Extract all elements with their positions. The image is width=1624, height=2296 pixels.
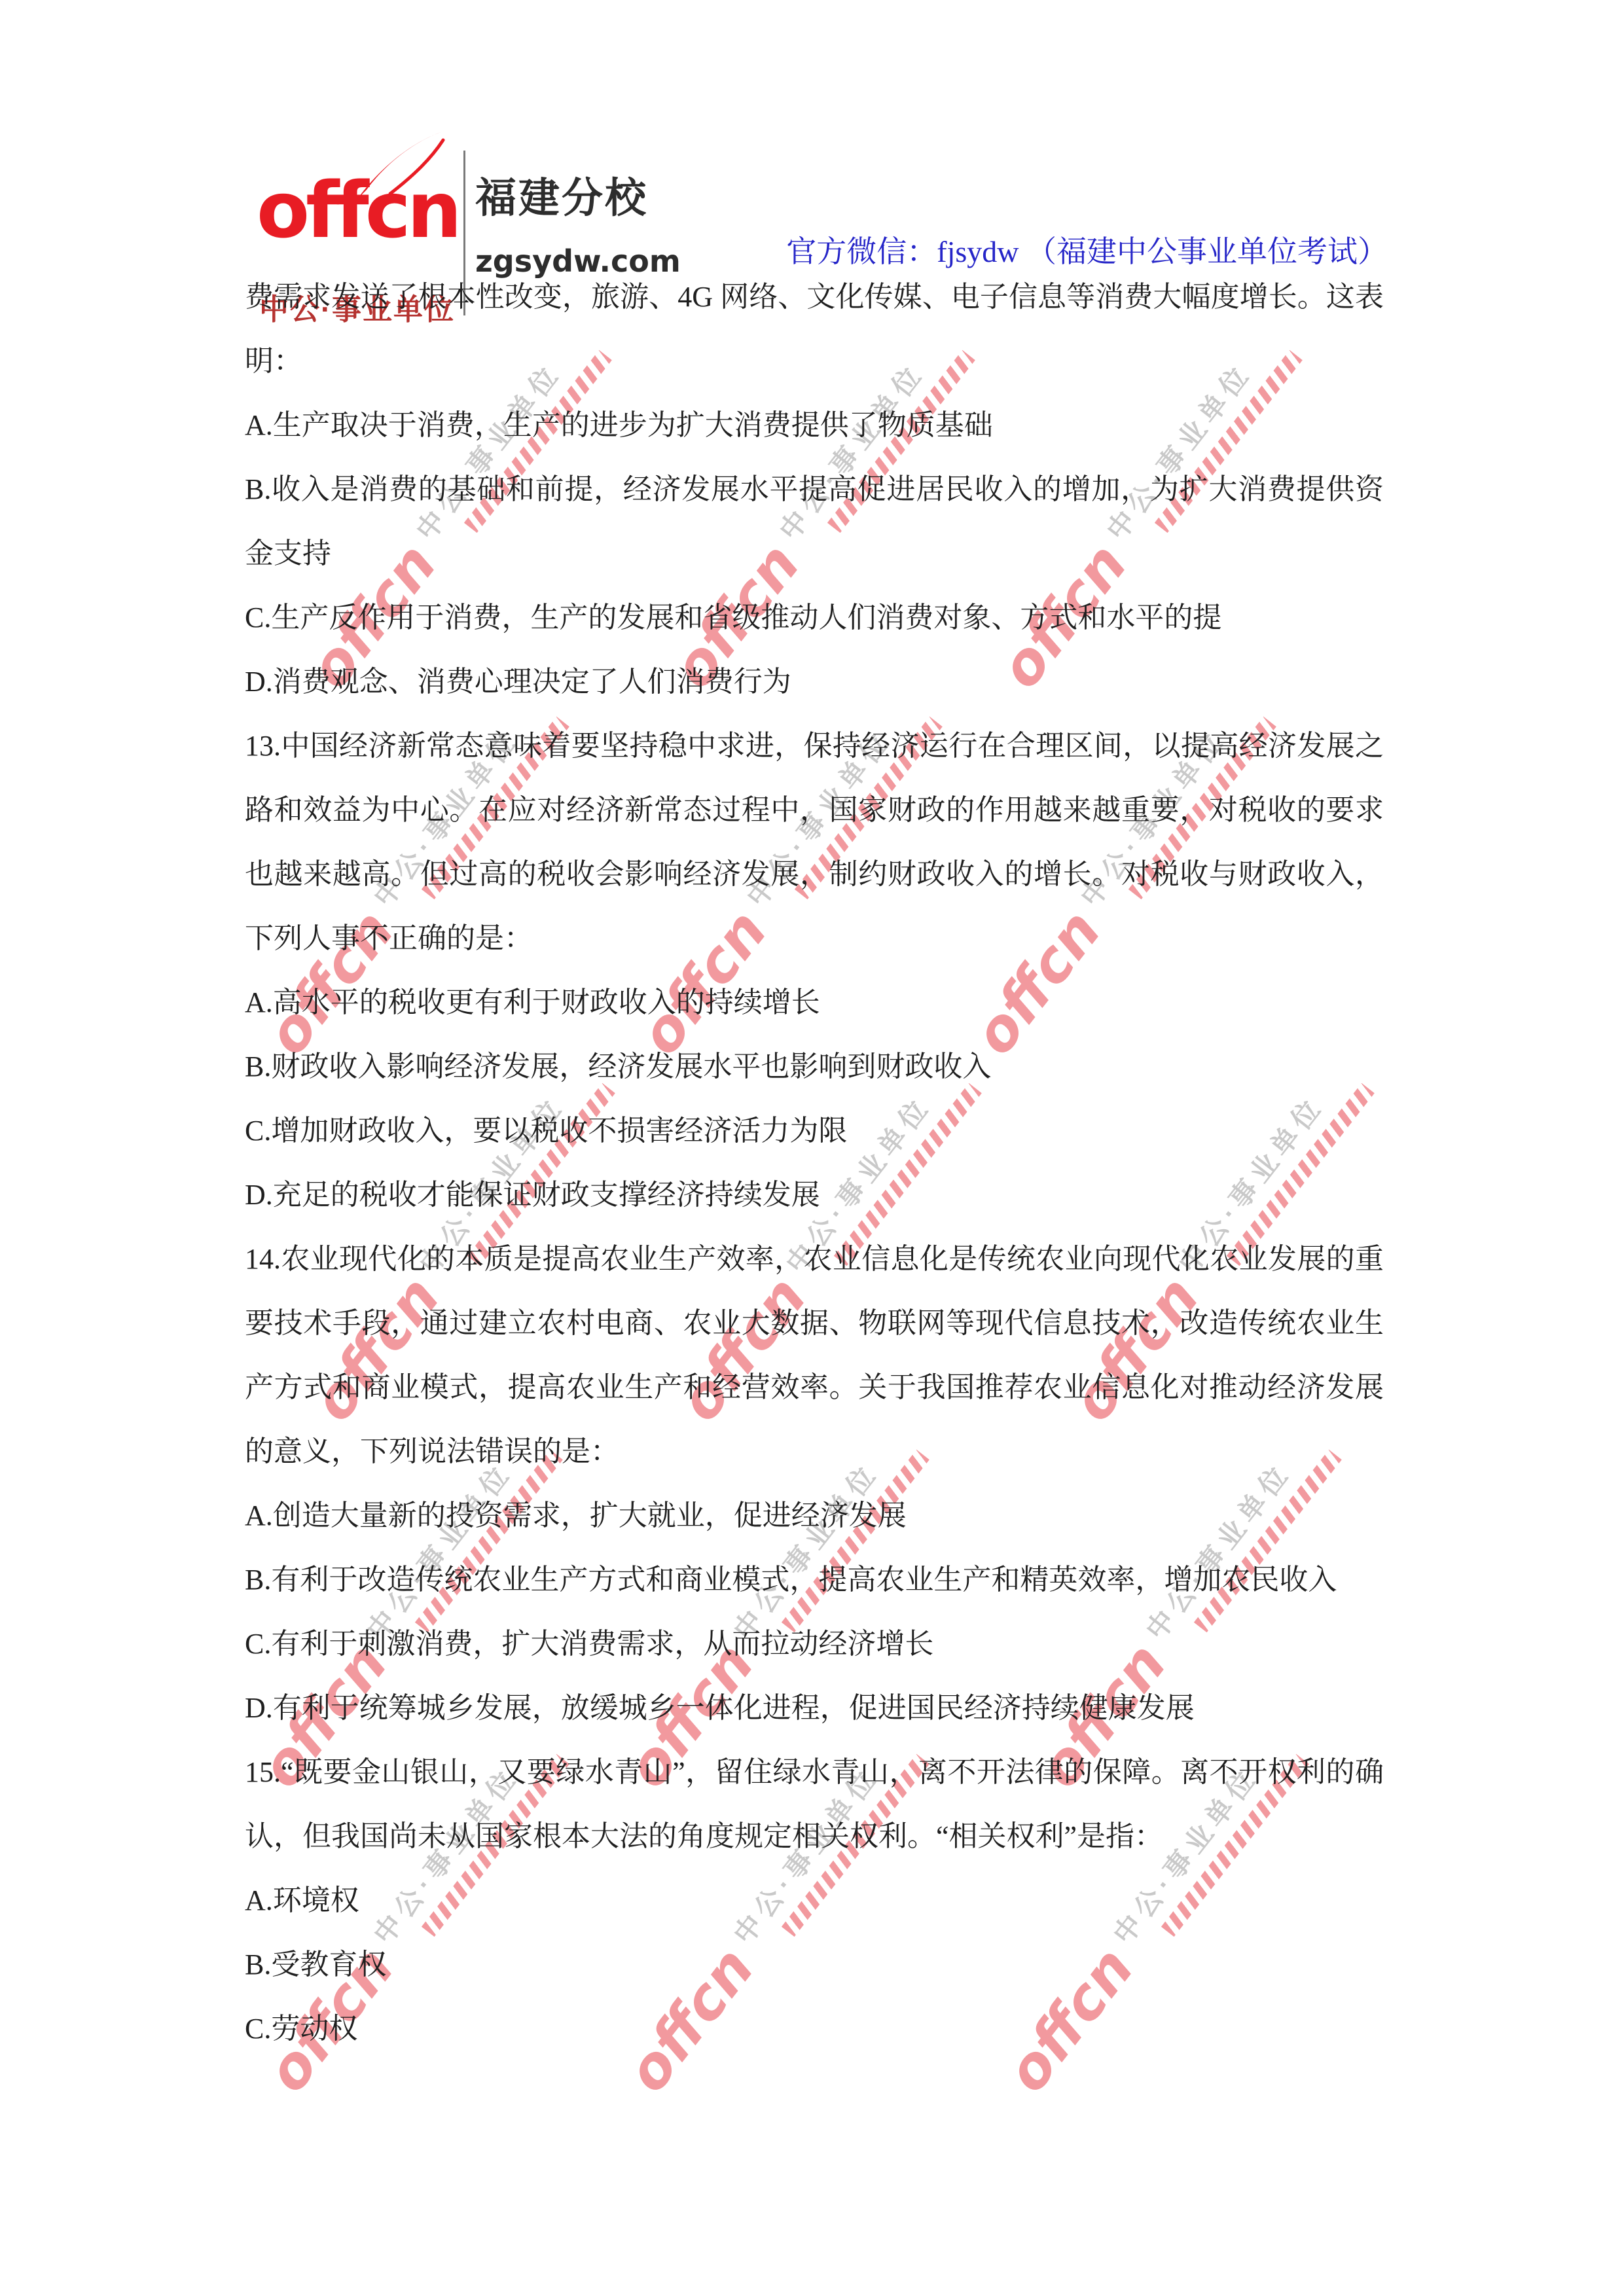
question-option: B.财政收入影响经济发展，经济发展水平也影响到财政收入 bbox=[245, 1035, 1384, 1099]
question-stem: 15.“既要金山银山，又要绿水青山”，留住绿水青山，离不开法律的保障。离不开权利… bbox=[245, 1740, 1384, 1869]
question-option: A.创造大量新的投资需求，扩大就业，促进经济发展 bbox=[245, 1484, 1384, 1548]
question-option: C.生产反作用于消费，生产的发展和省级推动人们消费对象、方式和水平的提 bbox=[245, 586, 1384, 650]
exam-page: offcn中公·事业单位offcn中公·事业单位offcn中公·事业单位offc… bbox=[0, 0, 1624, 2296]
exam-body: 费需求发送了根本性改变，旅游、4G 网络、文化传媒、电子信息等消费大幅度增长。这… bbox=[245, 265, 1384, 2061]
question-stem: 14.农业现代化的本质是提高农业生产效率，农业信息化是传统农业向现代化农业发展的… bbox=[245, 1227, 1384, 1484]
question-stem: 13.中国经济新常态意味着要坚持稳中求进，保持经济运行在合理区间，以提高经济发展… bbox=[245, 714, 1384, 971]
question-option: A.生产取决于消费，生产的进步为扩大消费提供了物质基础 bbox=[245, 393, 1384, 457]
question-option: B.受教育权 bbox=[245, 1933, 1384, 1997]
question-option: D.充足的税收才能保证财政支撑经济持续发展 bbox=[245, 1163, 1384, 1227]
question-option: B.收入是消费的基础和前提，经济发展水平提高促进居民收入的增加，为扩大消费提供资… bbox=[245, 457, 1384, 586]
question-option: D.消费观念、消费心理决定了人们消费行为 bbox=[245, 650, 1384, 714]
question-option: B.有利于改造传统农业生产方式和商业模式，提高农业生产和精英效率，增加农民收入 bbox=[245, 1548, 1384, 1612]
brand-wordmark: offcn bbox=[257, 171, 458, 249]
question-option: C.劳动权 bbox=[245, 1997, 1384, 2061]
question-option: A.环境权 bbox=[245, 1869, 1384, 1933]
question-option: D.有利于统筹城乡发展，放缓城乡一体化进程，促进国民经济持续健康发展 bbox=[245, 1676, 1384, 1740]
branch-name: 福建分校 bbox=[475, 165, 648, 224]
question-option: C.增加财政收入，要以税收不损害经济活力为限 bbox=[245, 1099, 1384, 1163]
question-option: C.有利于刺激消费，扩大消费需求，从而拉动经济增长 bbox=[245, 1612, 1384, 1676]
question-option: A.高水平的税收更有利于财政收入的持续增长 bbox=[245, 971, 1384, 1035]
question-stem: 费需求发送了根本性改变，旅游、4G 网络、文化传媒、电子信息等消费大幅度增长。这… bbox=[245, 265, 1384, 393]
